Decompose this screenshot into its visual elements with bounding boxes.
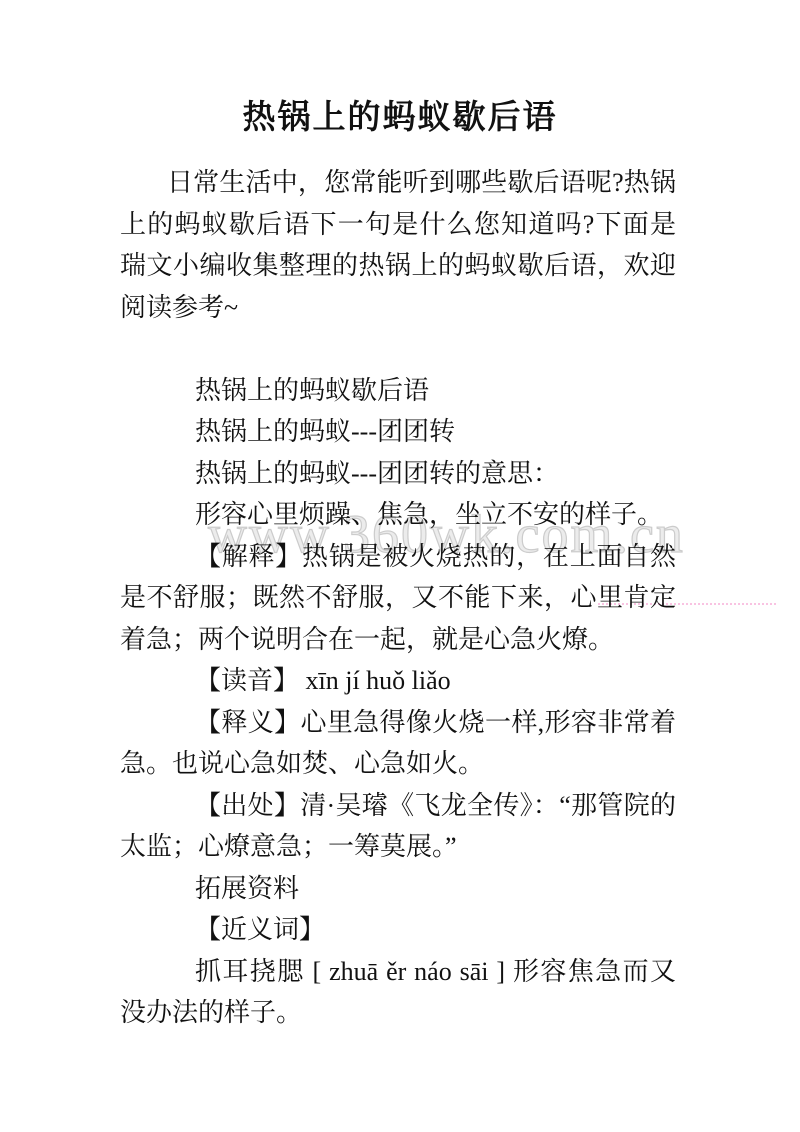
page-title: 热锅上的蚂蚁歇后语 <box>0 0 800 140</box>
para-synonym: 抓耳挠腮 [ zhuā ěr náo sāi ] 形容焦急而又没办法的样子。 <box>120 951 676 1034</box>
line-meaning: 形容心里烦躁、焦急，坐立不安的样子。 <box>120 494 676 536</box>
line-section-heading: 热锅上的蚂蚁歇后语 <box>120 370 676 412</box>
text-column: 日常生活中，您常能听到哪些歇后语呢?热锅上的蚂蚁歇后语下一句是什么您知道吗?下面… <box>0 162 800 1034</box>
body-block: 热锅上的蚂蚁歇后语 热锅上的蚂蚁---团团转 热锅上的蚂蚁---团团转的意思： … <box>120 370 676 1034</box>
para-pronunciation: 【读音】 xīn jí huǒ liǎo <box>120 660 676 702</box>
document-page: www.360wk.com.cn 热锅上的蚂蚁歇后语 日常生活中，您常能听到哪些… <box>0 0 800 1132</box>
para-source: 【出处】清·吴璿《飞龙全传》：“那管院的太监；心燎意急；一筹莫展。” <box>120 785 676 868</box>
para-explanation: 【解释】热锅是被火烧热的，在上面自然是不舒服；既然不舒服，又不能下来，心里肯定着… <box>120 536 676 661</box>
line-meaning-label: 热锅上的蚂蚁---团团转的意思： <box>120 453 676 495</box>
line-synonym-label: 【近义词】 <box>120 909 676 951</box>
para-definition: 【释义】心里急得像火烧一样,形容非常着急。也说心急如焚、心急如火。 <box>120 702 676 785</box>
line-extended-info: 拓展资料 <box>120 868 676 910</box>
line-xiehouyu: 热锅上的蚂蚁---团团转 <box>120 411 676 453</box>
intro-paragraph: 日常生活中，您常能听到哪些歇后语呢?热锅上的蚂蚁歇后语下一句是什么您知道吗?下面… <box>120 162 676 328</box>
